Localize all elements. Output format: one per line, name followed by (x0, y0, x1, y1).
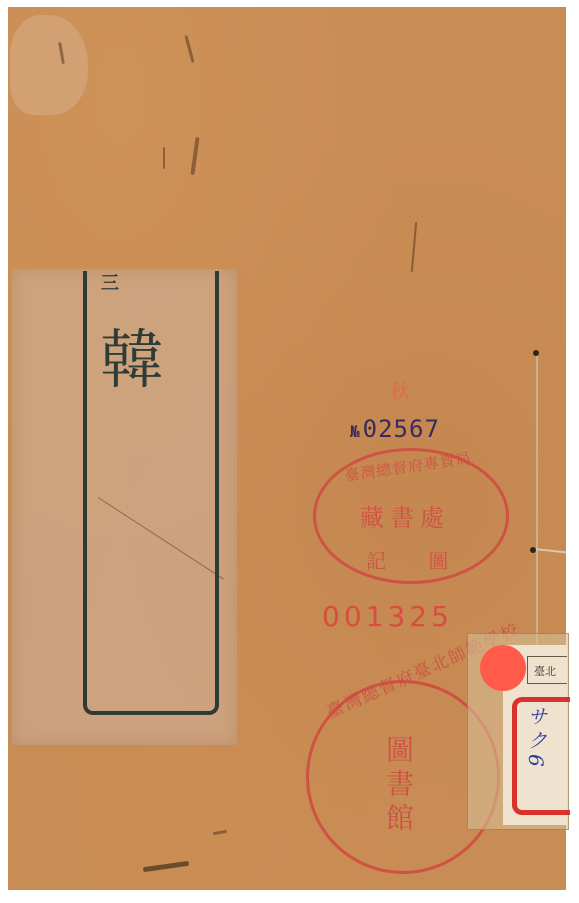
call-number-handwriting: サク6 (522, 706, 551, 771)
round-stamp-center-text: 圖書館 (378, 735, 418, 837)
binding-knot (530, 547, 536, 553)
binding-knot (533, 350, 539, 356)
oval-stamp-bottom-text: 記 圖 (366, 545, 448, 574)
accession-value: 02567 (363, 415, 440, 443)
paper-stain (10, 15, 88, 115)
volume-marks: 三 (101, 279, 119, 289)
paper-fiber (163, 147, 165, 169)
label-header: 臺北 (527, 656, 567, 684)
paper-fiber (213, 830, 227, 835)
serial-number: 001325 (322, 600, 453, 633)
book-title: 韓 (100, 329, 160, 393)
paper-tear (143, 861, 189, 872)
oval-stamp-center-text: 藏書處 (360, 498, 450, 533)
red-dot-sticker (480, 645, 526, 691)
paper-fiber (190, 137, 199, 175)
paper-fiber (411, 222, 417, 272)
paper-fiber (184, 35, 194, 63)
stamp-mark: 秋 (390, 375, 410, 404)
accession-prefix: № (350, 422, 361, 441)
accession-number: №02567 (350, 415, 440, 443)
